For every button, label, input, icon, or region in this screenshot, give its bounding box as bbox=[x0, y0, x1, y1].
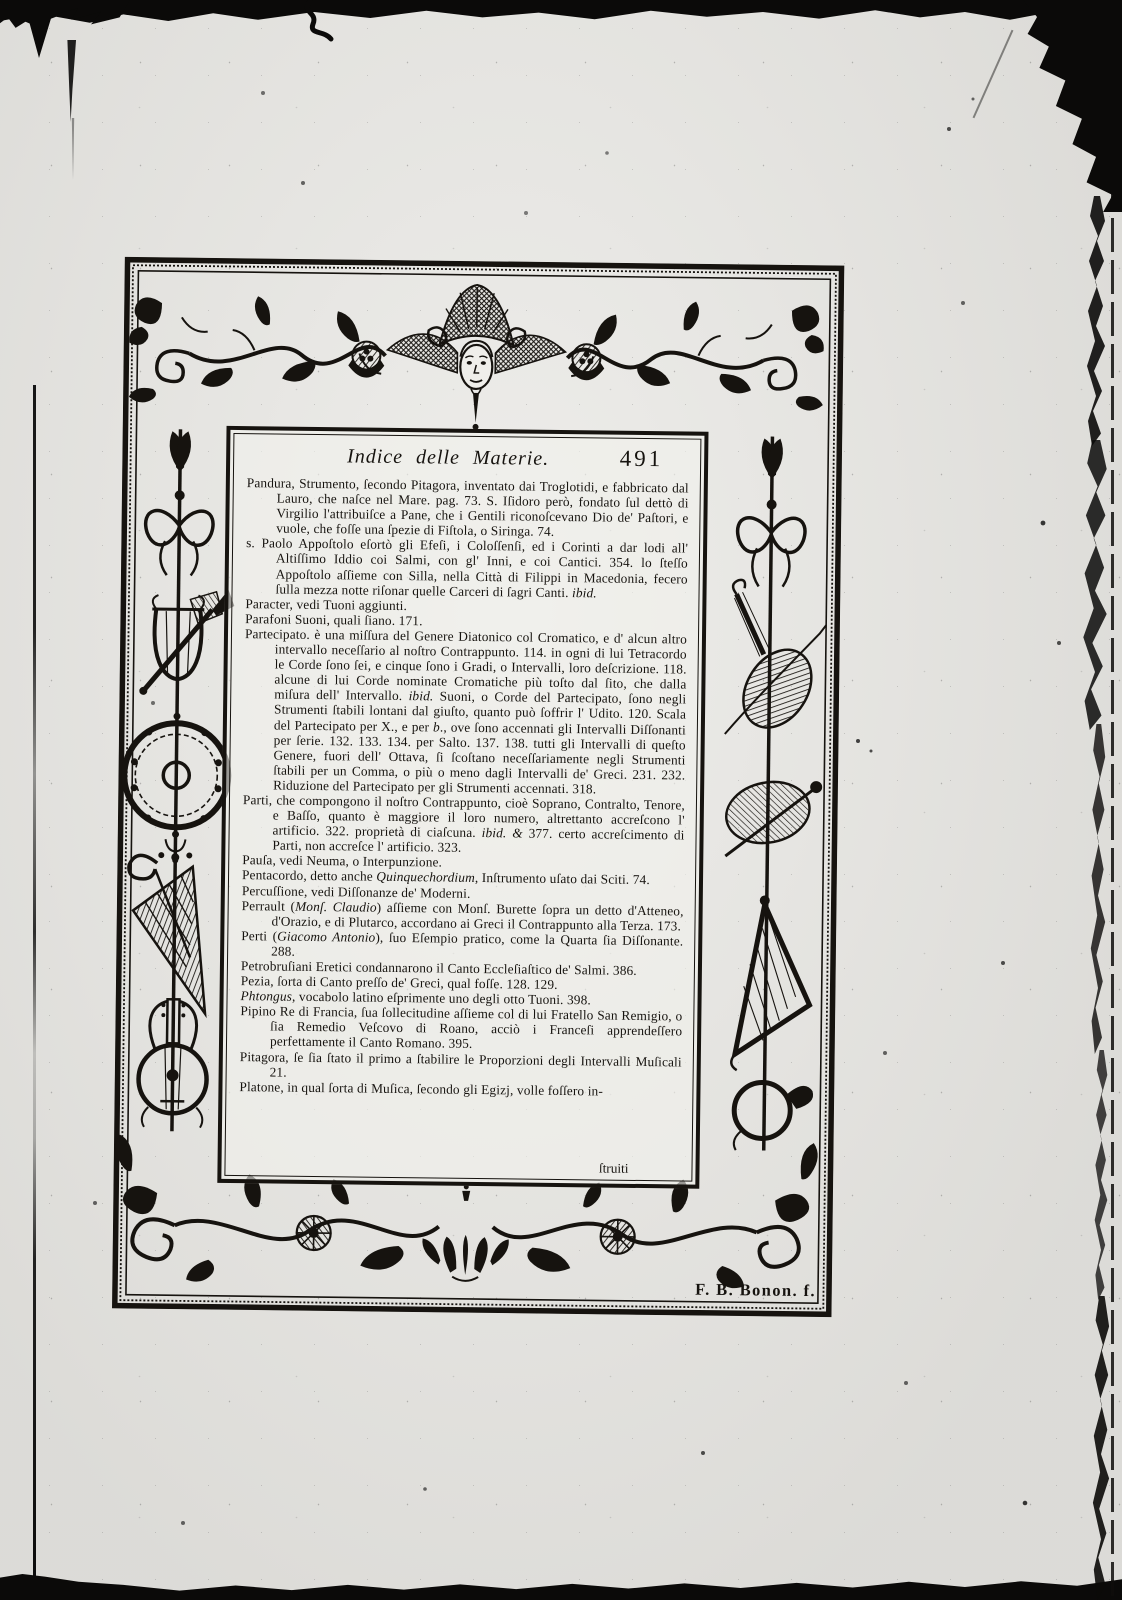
entry-text-segment: Phtongus bbox=[240, 988, 292, 1004]
panel-header: Indice delle Materie. 491 bbox=[247, 441, 689, 480]
viol-and-bow-icon bbox=[725, 580, 827, 741]
index-entry: Partecipato. è una miſſura del Genere Di… bbox=[243, 626, 687, 797]
index-entry: Pandura, Strumento, ſecondo Pitagora, in… bbox=[246, 475, 689, 541]
entry-text-segment: Pentacordo, detto anche bbox=[242, 868, 376, 885]
engraver-signature: F. B. Bonon. f. bbox=[630, 1279, 816, 1301]
crease-line bbox=[33, 385, 36, 1600]
index-entry: s. Paolo Appoſtolo eſortò gli Efeſi, i C… bbox=[245, 536, 688, 602]
hunting-horn-icon bbox=[734, 1082, 813, 1151]
text-panel: Indice delle Materie. 491 Pandura, Strum… bbox=[217, 426, 708, 1189]
palmette-ornament bbox=[422, 1184, 510, 1282]
pen-squiggle-mark bbox=[298, 0, 344, 42]
page-number: 491 bbox=[620, 446, 664, 473]
index-entry: Parti, che compongono il noſtro Contrapp… bbox=[242, 792, 685, 858]
gutter-line bbox=[1111, 50, 1114, 1600]
entry-text-segment: , Inſtrumento uſato dai Sciti. 74. bbox=[475, 870, 650, 887]
entry-text-segment: Pandura, Strumento, ſecondo Pitagora, in… bbox=[247, 475, 689, 539]
entry-text-segment: s. Paolo Appoſtolo eſortò gli Efeſi, i C… bbox=[246, 536, 688, 600]
page-title: Indice delle Materie. bbox=[247, 444, 649, 472]
right-trophy bbox=[716, 436, 828, 1151]
index-entry: Pipino Re di Francia, ſua ſollecitudine … bbox=[240, 1003, 683, 1054]
entry-text-segment: ibid. & bbox=[482, 825, 523, 841]
entry-text-segment: Giacomo Antonio bbox=[277, 928, 375, 944]
top-ornament-band bbox=[128, 281, 824, 434]
text-panel-inner: Indice delle Materie. 491 Pandura, Strum… bbox=[224, 433, 701, 1182]
entry-text-segment: Platone, in qual ſorta di Muſica, ſecond… bbox=[239, 1079, 603, 1098]
entry-text-segment: ibid. bbox=[572, 585, 597, 600]
entry-text-segment: Pipino Re di Francia, ſua ſollecitudine … bbox=[240, 1003, 682, 1051]
entry-text-segment: Perti ( bbox=[241, 928, 277, 943]
entry-text-segment: Monſ. Claudio bbox=[295, 898, 377, 914]
entry-text-segment: Pitagora, ſe ſia ſtato il primo a ſtabil… bbox=[240, 1049, 682, 1080]
entry-text-segment: Quinquechordium bbox=[376, 869, 475, 885]
printed-sheet: Indice delle Materie. 491 Pandura, Strum… bbox=[0, 0, 1122, 1600]
harp-icon bbox=[731, 895, 811, 1071]
page-scan: Indice delle Materie. 491 Pandura, Strum… bbox=[0, 0, 1122, 1600]
index-entries: Pandura, Strumento, ſecondo Pitagora, in… bbox=[239, 475, 689, 1161]
kettledrum-and-stick-icon bbox=[720, 774, 822, 857]
entry-text-segment: ibid. bbox=[409, 688, 434, 703]
entry-text-segment: Perrault ( bbox=[242, 898, 296, 914]
